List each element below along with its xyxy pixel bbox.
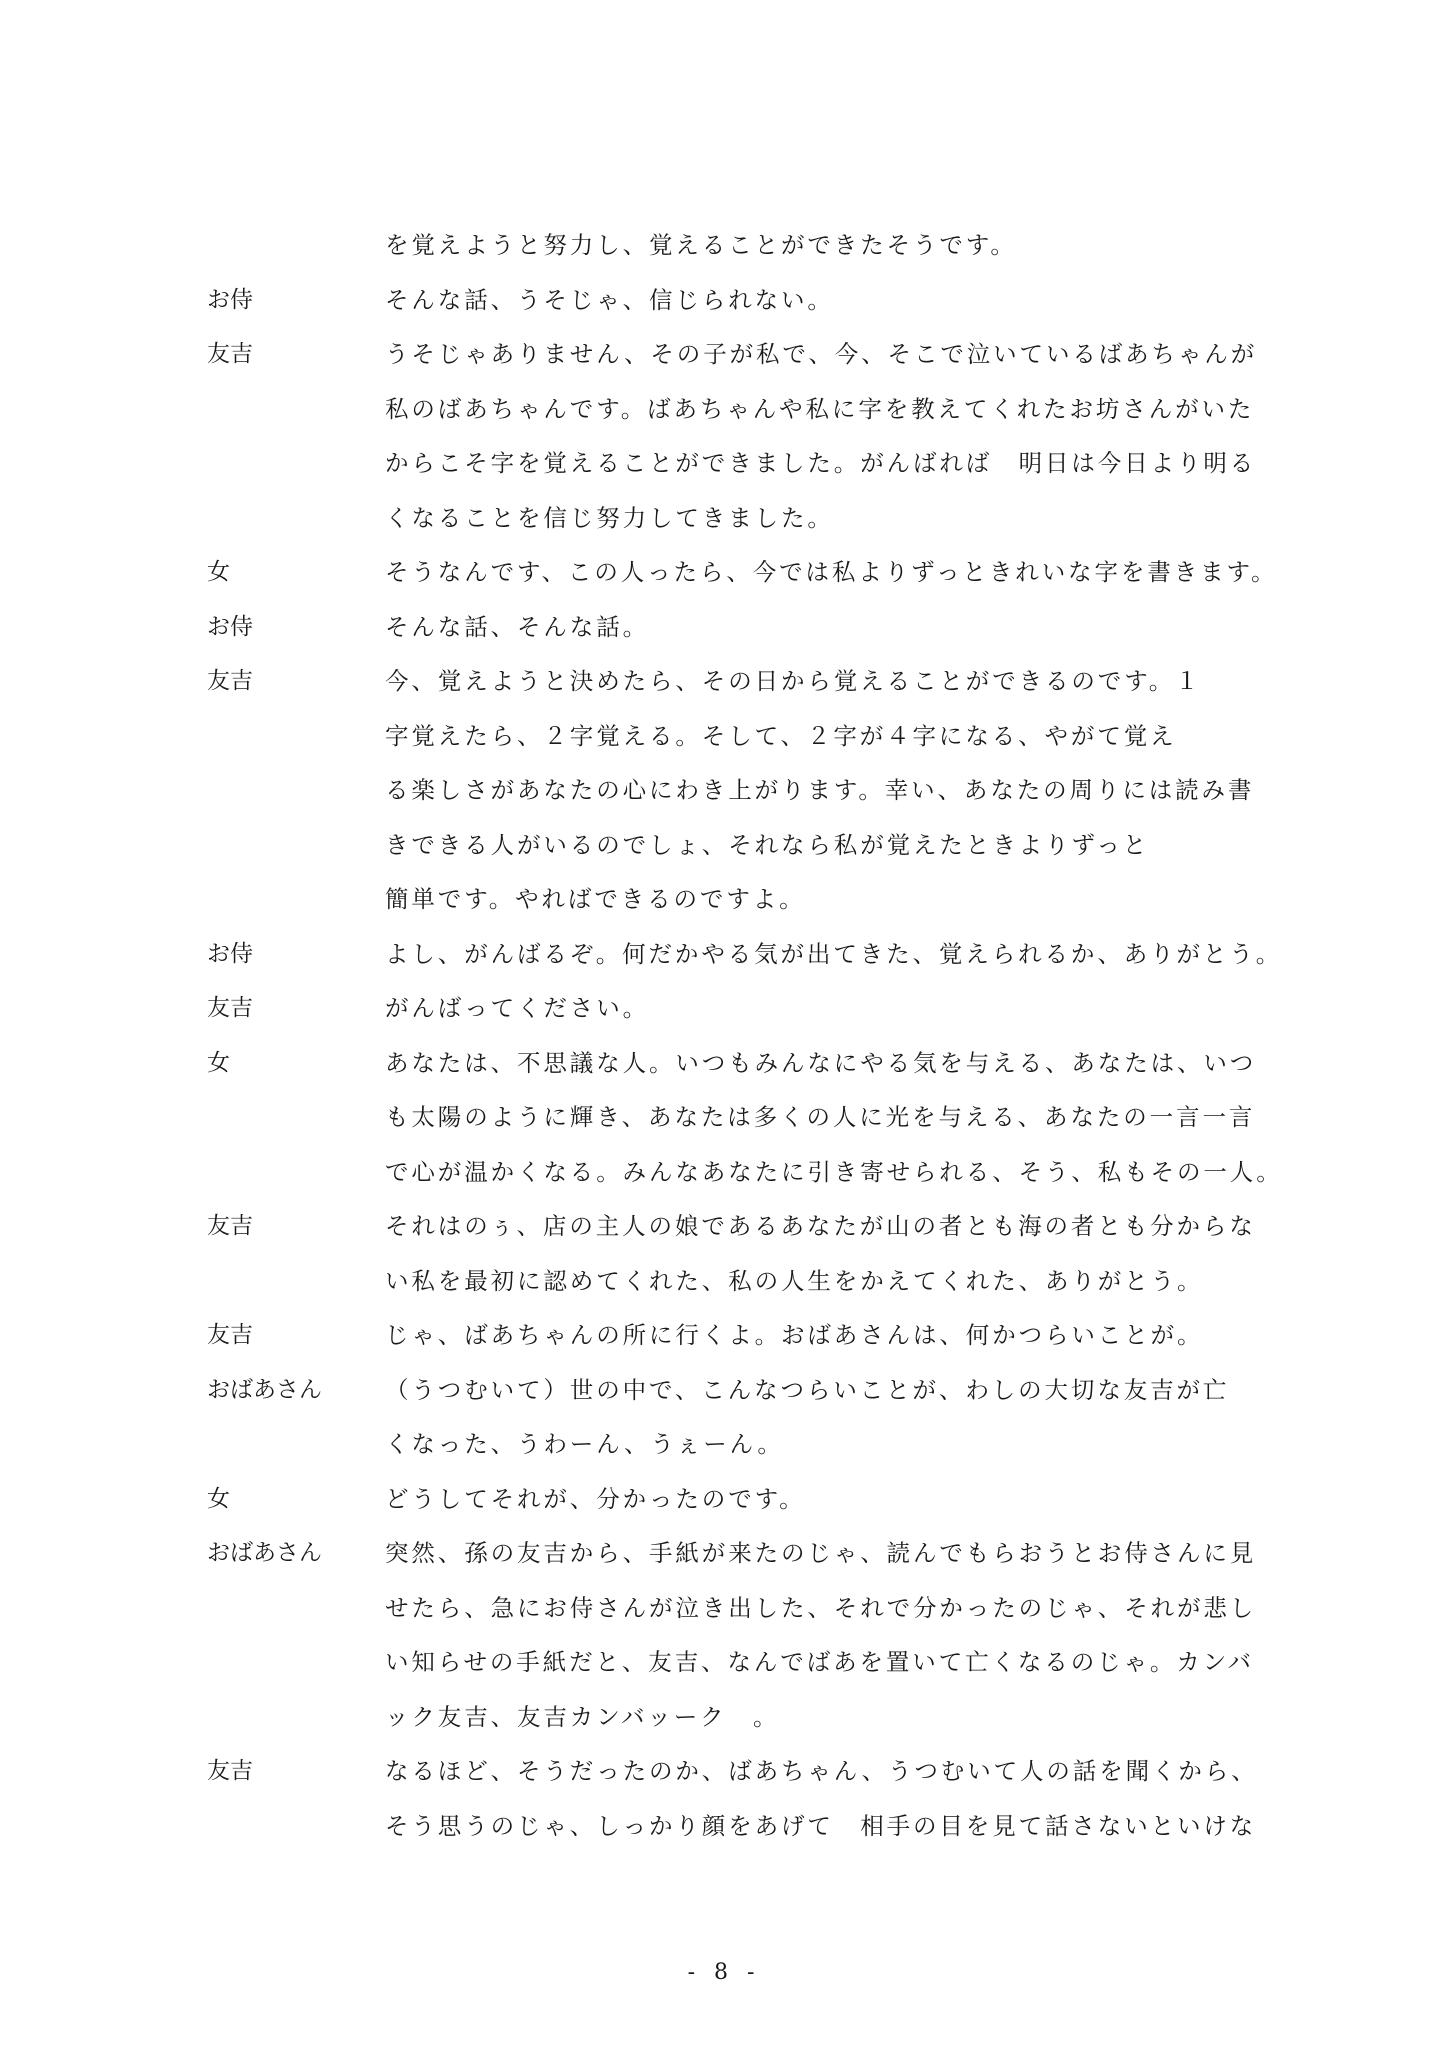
dialogue-text: じゃ、ばあちゃんの所に行くよ。おばあさんは、何かつらいことが。 — [385, 1308, 1247, 1363]
dialogue-text: そうなんです、この人ったら、今では私よりずっときれいな字を書きます。 — [385, 545, 1277, 600]
dialogue-line: くなった、うわーん、うぇーん。 — [385, 1417, 1247, 1472]
dialogue-entry: お侍よし、がんばるぞ。何だかやる気が出てきた、覚えられるか、ありがとう。 — [207, 927, 1247, 982]
dialogue-entry: 友吉なるほど、そうだったのか、ばあちゃん、うつむいて人の話を聞くから、そう思うの… — [207, 1744, 1247, 1853]
dialogue-entry: お侍そんな話、そんな話。 — [207, 600, 1247, 655]
speaker-label: おばあさん — [207, 1363, 385, 1472]
dialogue-text: よし、がんばるぞ。何だかやる気が出てきた、覚えられるか、ありがとう。 — [385, 927, 1282, 982]
speaker-label: おばあさん — [207, 1526, 385, 1744]
dialogue-line: い私を最初に認めてくれた、私の人生をかえてくれた、ありがとう。 — [385, 1254, 1256, 1309]
speaker-label: 友吉 — [207, 1744, 385, 1853]
dialogue-line: そうなんです、この人ったら、今では私よりずっときれいな字を書きます。 — [385, 545, 1277, 600]
dialogue-line: 字覚えたら、２字覚える。そして、２字が４字になる、やがて覚え — [385, 709, 1254, 764]
dialogue-entry: 友吉がんばってください。 — [207, 981, 1247, 1036]
document-page: を覚えようと努力し、覚えることができたそうです。お侍そんな話、うそじゃ、信じられ… — [0, 0, 1448, 2048]
speaker-label: 女 — [207, 545, 385, 600]
dialogue-text: なるほど、そうだったのか、ばあちゃん、うつむいて人の話を聞くから、そう思うのじゃ… — [385, 1744, 1258, 1853]
speaker-label: お侍 — [207, 273, 385, 328]
script-body: を覚えようと努力し、覚えることができたそうです。お侍そんな話、うそじゃ、信じられ… — [207, 218, 1247, 1853]
dialogue-line: ック友吉、友吉カンバッーク 。 — [385, 1690, 1256, 1745]
speaker-label: 友吉 — [207, 327, 385, 545]
dialogue-text: がんばってください。 — [385, 981, 1247, 1036]
dialogue-text: それはのぅ、店の主人の娘であるあなたが山の者とも海の者とも分からない私を最初に認… — [385, 1199, 1256, 1308]
speaker-label: お侍 — [207, 927, 385, 982]
dialogue-entry: 友吉今、覚えようと決めたら、その日から覚えることができるのです。１字覚えたら、２… — [207, 654, 1247, 927]
dialogue-line: も太陽のように輝き、あなたは多くの人に光を与える、あなたの一言一言 — [385, 1090, 1283, 1145]
dialogue-line: じゃ、ばあちゃんの所に行くよ。おばあさんは、何かつらいことが。 — [385, 1308, 1247, 1363]
dialogue-line: 突然、孫の友吉から、手紙が来たのじゃ、読んでもらおうとお侍さんに見 — [385, 1526, 1256, 1581]
speaker-label — [207, 218, 385, 273]
dialogue-line: きできる人がいるのでしょ、それなら私が覚えたときよりずっと — [385, 818, 1254, 873]
dialogue-line: どうしてそれが、分かったのです。 — [385, 1472, 1247, 1527]
dialogue-line: それはのぅ、店の主人の娘であるあなたが山の者とも海の者とも分からな — [385, 1199, 1256, 1254]
dialogue-entry: を覚えようと努力し、覚えることができたそうです。 — [207, 218, 1247, 273]
dialogue-text: を覚えようと努力し、覚えることができたそうです。 — [385, 218, 1247, 273]
dialogue-text: 突然、孫の友吉から、手紙が来たのじゃ、読んでもらおうとお侍さんに見せたら、急にお… — [385, 1526, 1256, 1744]
dialogue-line: 今、覚えようと決めたら、その日から覚えることができるのです。１ — [385, 654, 1254, 709]
dialogue-entry: お侍そんな話、うそじゃ、信じられない。 — [207, 273, 1247, 328]
dialogue-line: なるほど、そうだったのか、ばあちゃん、うつむいて人の話を聞くから、 — [385, 1744, 1258, 1799]
dialogue-entry: 友吉じゃ、ばあちゃんの所に行くよ。おばあさんは、何かつらいことが。 — [207, 1308, 1247, 1363]
dialogue-entry: おばあさん（うつむいて）世の中で、こんなつらいことが、わしの大切な友吉が亡くなっ… — [207, 1363, 1247, 1472]
dialogue-line: る楽しさがあなたの心にわき上がります。幸い、あなたの周りには読み書 — [385, 763, 1254, 818]
speaker-label: 友吉 — [207, 1308, 385, 1363]
dialogue-text: 今、覚えようと決めたら、その日から覚えることができるのです。１字覚えたら、２字覚… — [385, 654, 1254, 927]
dialogue-line: よし、がんばるぞ。何だかやる気が出てきた、覚えられるか、ありがとう。 — [385, 927, 1282, 982]
dialogue-line: せたら、急にお侍さんが泣き出した、それで分かったのじゃ、それが悲し — [385, 1581, 1256, 1636]
dialogue-text: そんな話、そんな話。 — [385, 600, 1247, 655]
dialogue-line: がんばってください。 — [385, 981, 1247, 1036]
dialogue-line: そう思うのじゃ、しっかり顔をあげて 相手の目を見て話さないといけな — [385, 1799, 1258, 1854]
speaker-label: 友吉 — [207, 654, 385, 927]
page-number: - 8 - — [0, 1960, 1448, 1985]
dialogue-text: あなたは、不思議な人。いつもみんなにやる気を与える、あなたは、いつも太陽のように… — [385, 1036, 1283, 1200]
dialogue-entry: 友吉うそじゃありません、その子が私で、今、そこで泣いているばあちゃんが私のばあち… — [207, 327, 1247, 545]
dialogue-line: うそじゃありません、その子が私で、今、そこで泣いているばあちゃんが — [385, 327, 1257, 382]
dialogue-line: 私のばあちゃんです。ばあちゃんや私に字を教えてくれたお坊さんがいた — [385, 382, 1257, 437]
dialogue-text: うそじゃありません、その子が私で、今、そこで泣いているばあちゃんが私のばあちゃん… — [385, 327, 1257, 545]
speaker-label: 友吉 — [207, 981, 385, 1036]
dialogue-line: （うつむいて）世の中で、こんなつらいことが、わしの大切な友吉が亡 — [385, 1363, 1247, 1418]
speaker-label: 女 — [207, 1472, 385, 1527]
dialogue-line: からこそ字を覚えることができました。がんばれば 明日は今日より明る — [385, 436, 1257, 491]
dialogue-line: を覚えようと努力し、覚えることができたそうです。 — [385, 218, 1247, 273]
speaker-label: お侍 — [207, 600, 385, 655]
dialogue-line: あなたは、不思議な人。いつもみんなにやる気を与える、あなたは、いつ — [385, 1036, 1283, 1091]
dialogue-line: い知らせの手紙だと、友吉、なんでばあを置いて亡くなるのじゃ。カンバ — [385, 1635, 1256, 1690]
dialogue-text: そんな話、うそじゃ、信じられない。 — [385, 273, 1247, 328]
dialogue-line: くなることを信じ努力してきました。 — [385, 491, 1257, 546]
dialogue-text: （うつむいて）世の中で、こんなつらいことが、わしの大切な友吉が亡くなった、うわー… — [385, 1363, 1247, 1472]
dialogue-text: どうしてそれが、分かったのです。 — [385, 1472, 1247, 1527]
dialogue-line: 簡単です。やればできるのですよ。 — [385, 872, 1254, 927]
dialogue-line: で心が温かくなる。みんなあなたに引き寄せられる、そう、私もその一人。 — [385, 1145, 1283, 1200]
dialogue-entry: おばあさん突然、孫の友吉から、手紙が来たのじゃ、読んでもらおうとお侍さんに見せた… — [207, 1526, 1247, 1744]
speaker-label: 友吉 — [207, 1199, 385, 1308]
dialogue-line: そんな話、そんな話。 — [385, 600, 1247, 655]
dialogue-entry: 友吉それはのぅ、店の主人の娘であるあなたが山の者とも海の者とも分からない私を最初… — [207, 1199, 1247, 1308]
dialogue-entry: 女あなたは、不思議な人。いつもみんなにやる気を与える、あなたは、いつも太陽のよう… — [207, 1036, 1247, 1200]
dialogue-line: そんな話、うそじゃ、信じられない。 — [385, 273, 1247, 328]
speaker-label: 女 — [207, 1036, 385, 1200]
dialogue-entry: 女どうしてそれが、分かったのです。 — [207, 1472, 1247, 1527]
dialogue-entry: 女そうなんです、この人ったら、今では私よりずっときれいな字を書きます。 — [207, 545, 1247, 600]
